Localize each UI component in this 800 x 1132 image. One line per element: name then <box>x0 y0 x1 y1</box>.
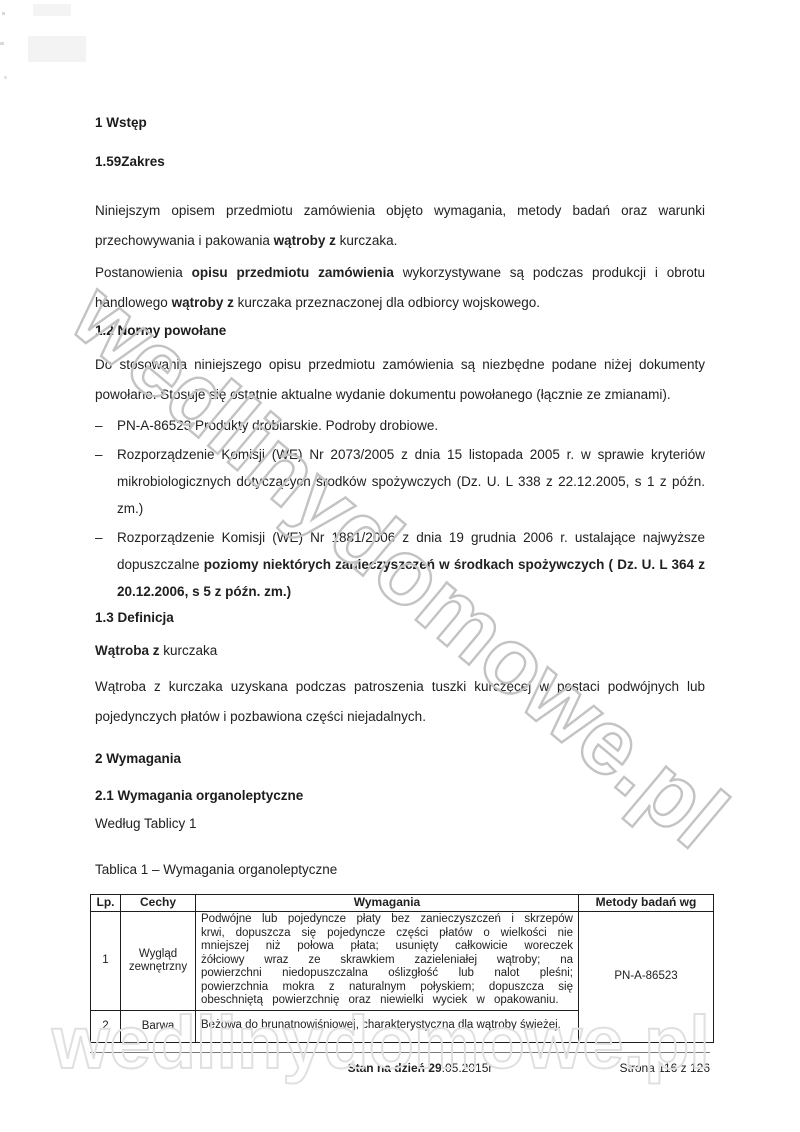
paragraph-wedlug-tablicy: Według Tablicy 1 <box>95 816 705 832</box>
footer-status-rest: .05.2015r <box>442 1061 493 1075</box>
paragraph-bold-text: opisu przedmiotu zamówienia <box>192 265 394 280</box>
paragraph-zakres-1: Niniejszym opisem przedmiotu zamówienia … <box>95 196 705 256</box>
heading-organoleptyczne: 2.1 Wymagania organoleptyczne <box>95 788 705 804</box>
heading-wymagania: 2 Wymagania <box>95 751 705 767</box>
paragraph-definicja: Wątroba z kurczaka uzyskana podczas patr… <box>95 672 705 732</box>
list-item: – Rozporządzenie Komisji (WE) Nr 1881/20… <box>95 524 705 605</box>
cell-wymagania: Podwójne lub pojedyncze płaty bez zaniec… <box>196 912 579 1011</box>
reference-list: – PN-A-86523 Produkty drobiarskie. Podro… <box>95 412 705 605</box>
heading-definicja: 1.3 Definicja <box>95 610 705 626</box>
list-item-text: Rozporządzenie Komisji (WE) Nr 1881/2006… <box>117 524 705 605</box>
column-header-metody: Metody badań wg <box>579 895 714 912</box>
scan-artifact <box>4 76 7 79</box>
dash-marker: – <box>95 412 117 439</box>
requirements-table: Lp. Cechy Wymagania Metody badań wg 1 Wy… <box>90 894 714 1043</box>
list-item: – Rozporządzenie Komisji (WE) Nr 2073/20… <box>95 441 705 522</box>
definition-term: Wątroba z kurczaka <box>95 643 705 659</box>
footer-status-date: Stan na dzień 29 <box>348 1061 442 1075</box>
table-row: 1 Wygląd zewnętrzny Podwójne lub pojedyn… <box>91 912 714 1011</box>
cell-cecha: Barwa <box>121 1011 196 1043</box>
cell-wymagania: Beżowa do brunatnowiśniowej, charakterys… <box>196 1011 579 1043</box>
paragraph-bold-text: Wątroba z <box>95 643 160 658</box>
scan-artifact <box>2 12 5 15</box>
cell-lp: 1 <box>91 912 121 1011</box>
paragraph-text: kurczaka przeznaczonej dla odbiorcy wojs… <box>234 295 540 310</box>
list-item-text: Rozporządzenie Komisji (WE) Nr 2073/2005… <box>117 441 705 522</box>
paragraph-bold-text: wątroby z <box>172 295 234 310</box>
column-header-cechy: Cechy <box>121 895 196 912</box>
heading-normy: 1.2 Normy powołane <box>95 323 705 339</box>
document-page: 1 Wstęp 1.59Zakres Niniejszym opisem prz… <box>0 0 800 1132</box>
document-body: 1 Wstęp 1.59Zakres Niniejszym opisem prz… <box>95 0 705 1043</box>
paragraph-text: Niniejszym opisem przedmiotu zamówienia … <box>95 203 705 248</box>
footer-divider <box>90 1052 710 1053</box>
heading-wstep: 1 Wstęp <box>95 115 705 131</box>
paragraph-normy: Do stosowania niniejszego opisu przedmio… <box>95 350 705 410</box>
heading-zakres: 1.59Zakres <box>95 154 705 170</box>
list-item: – PN-A-86523 Produkty drobiarskie. Podro… <box>95 412 705 439</box>
paragraph-bold-text: wątroby z <box>274 233 336 248</box>
column-header-wymagania: Wymagania <box>196 895 579 912</box>
table-caption: Tablica 1 – Wymagania organoleptyczne <box>95 862 705 878</box>
scan-artifact <box>33 4 71 16</box>
cell-lp: 2 <box>91 1011 121 1043</box>
scan-artifact <box>28 36 86 62</box>
list-item-text: PN-A-86523 Produkty drobiarskie. Podroby… <box>117 412 705 439</box>
page-number: Strona 116 z 126 <box>619 1061 710 1076</box>
table-header-row: Lp. Cechy Wymagania Metody badań wg <box>91 895 714 912</box>
paragraph-text: kurczaka <box>160 643 218 658</box>
column-header-lp: Lp. <box>91 895 121 912</box>
dash-marker: – <box>95 524 117 605</box>
scan-artifact <box>0 42 4 45</box>
cell-metoda: PN-A-86523 <box>579 912 714 1043</box>
dash-marker: – <box>95 441 117 522</box>
paragraph-text: kurczaka. <box>336 233 398 248</box>
cell-cecha: Wygląd zewnętrzny <box>121 912 196 1011</box>
paragraph-bold-text: poziomy niektórych zanieczyszczeń w środ… <box>117 557 705 599</box>
paragraph-text: Postanowienia <box>95 265 192 280</box>
paragraph-zakres-2: Postanowienia opisu przedmiotu zamówieni… <box>95 258 705 318</box>
